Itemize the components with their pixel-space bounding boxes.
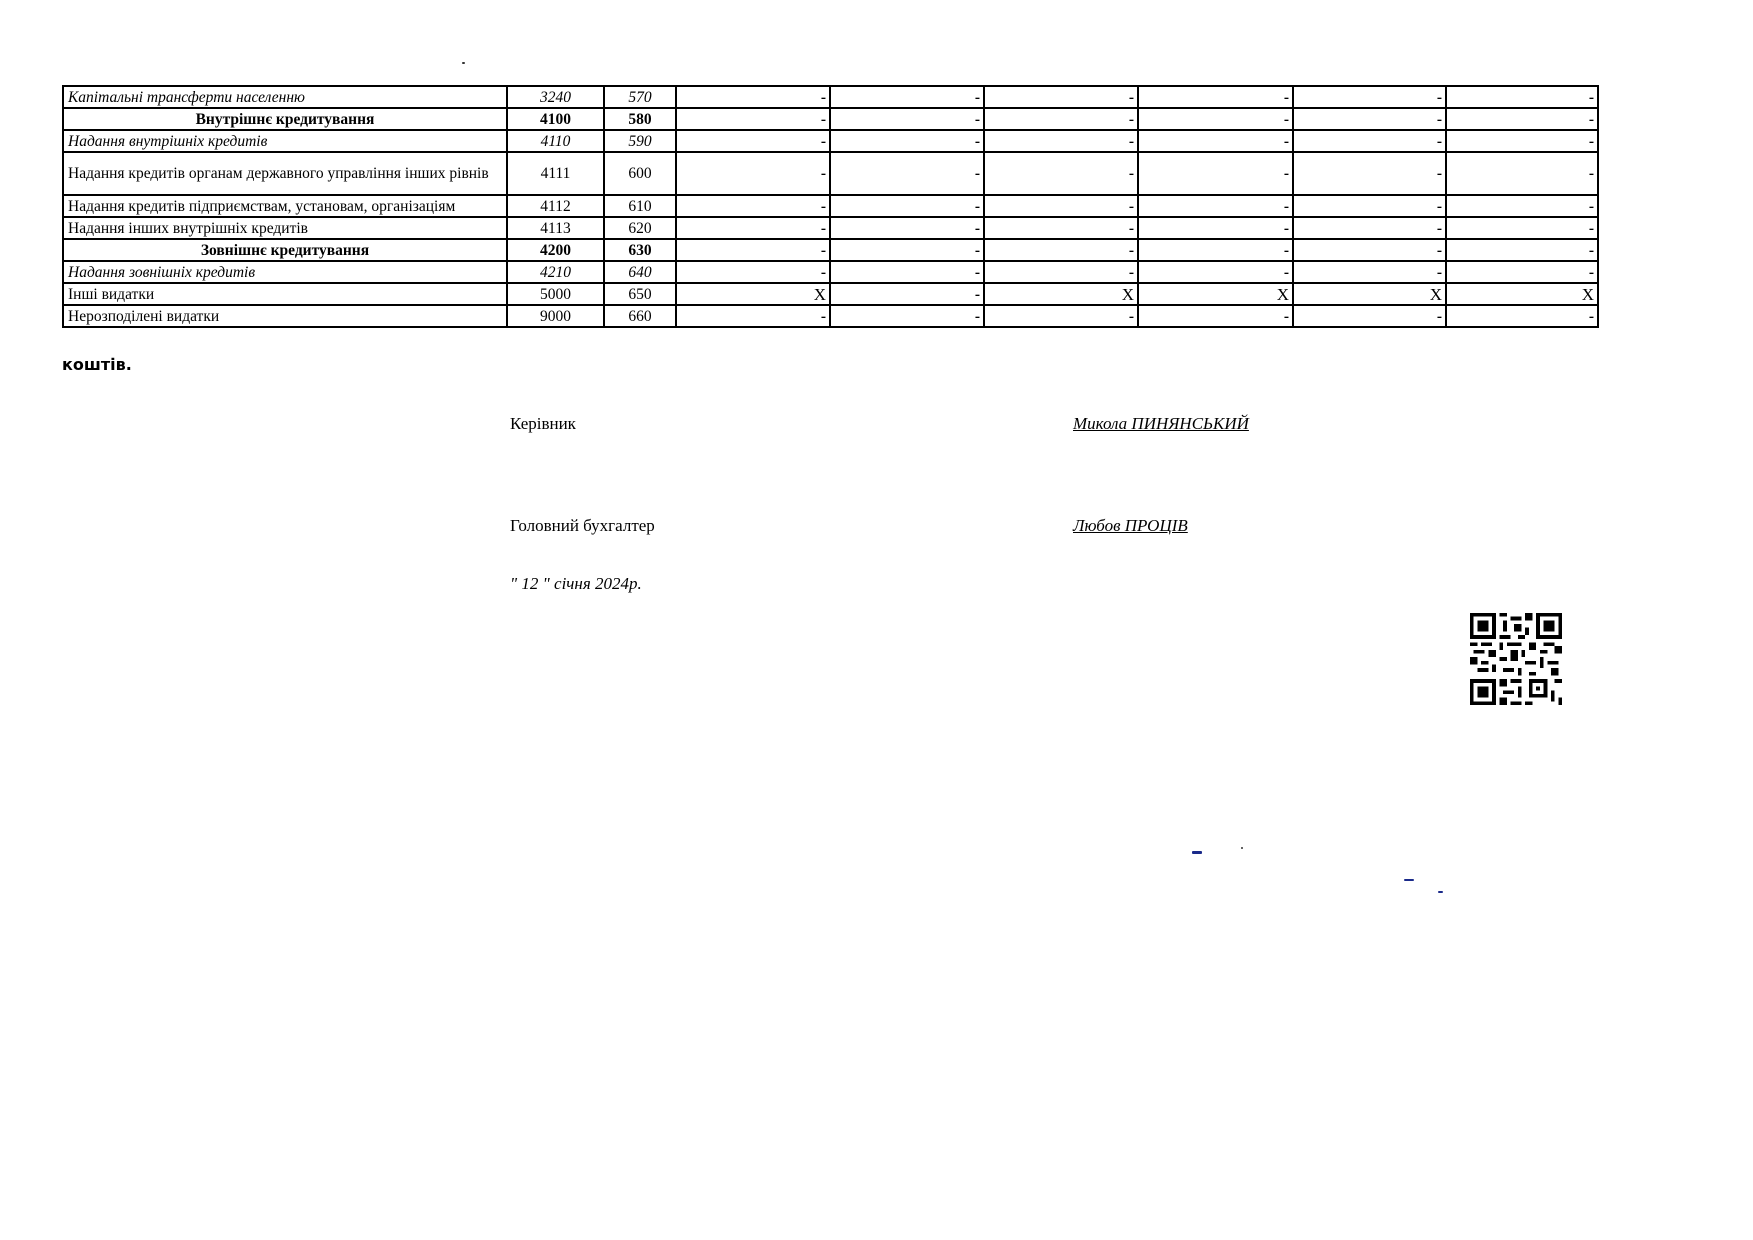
row-value-cell: - [1138,305,1293,327]
accountant-signature-name: Любов ПРОЦІВ [1073,516,1188,536]
row-value-cell: - [984,86,1138,108]
row-code-cell: 4112 [507,195,604,217]
row-value-cell: X [676,283,830,305]
row-name-cell: Зовнішнє кредитування [63,239,507,261]
row-value-cell: - [984,195,1138,217]
row-code-cell: 4210 [507,261,604,283]
row-code-cell: 3240 [507,86,604,108]
row-value-cell: - [830,261,984,283]
accountant-signature-label: Головний бухгалтер [510,516,655,536]
table-row: Капітальні трансферти населенню3240570--… [63,86,1598,108]
row-code-cell: 4113 [507,217,604,239]
row-value-cell: - [1138,86,1293,108]
row-line-cell: 600 [604,152,676,195]
table-row: Надання зовнішніх кредитів4210640------ [63,261,1598,283]
row-name-cell: Надання кредитів органам державного упра… [63,152,507,195]
row-value-cell: - [984,261,1138,283]
row-value-cell: - [1293,239,1446,261]
table-row: Надання кредитів підприємствам, установа… [63,195,1598,217]
row-name-cell: Надання внутрішніх кредитів [63,130,507,152]
row-value-cell: - [1138,217,1293,239]
row-name-cell: Нерозподілені видатки [63,305,507,327]
row-line-cell: 640 [604,261,676,283]
row-value-cell: - [984,239,1138,261]
row-value-cell: - [1446,195,1598,217]
row-value-cell: - [984,108,1138,130]
row-line-cell: 590 [604,130,676,152]
row-value-cell: - [1446,108,1598,130]
row-value-cell: - [984,130,1138,152]
row-value-cell: X [1138,283,1293,305]
table-row: Інші видатки5000650X-XXXX [63,283,1598,305]
row-value-cell: - [1293,261,1446,283]
row-value-cell: - [830,108,984,130]
row-value-cell: - [1293,86,1446,108]
scan-speck [1192,851,1202,854]
row-code-cell: 4110 [507,130,604,152]
row-code-cell: 5000 [507,283,604,305]
row-value-cell: - [1138,261,1293,283]
row-value-cell: - [676,239,830,261]
row-value-cell: - [1138,152,1293,195]
head-signature-label: Керівник [510,414,576,434]
row-value-cell: - [676,195,830,217]
row-line-cell: 580 [604,108,676,130]
row-line-cell: 570 [604,86,676,108]
row-value-cell: - [676,130,830,152]
row-value-cell: - [676,261,830,283]
row-value-cell: - [676,152,830,195]
row-value-cell: - [1138,239,1293,261]
row-value-cell: - [830,305,984,327]
row-value-cell: - [676,86,830,108]
row-code-cell: 4111 [507,152,604,195]
row-value-cell: - [1293,152,1446,195]
row-value-cell: - [830,283,984,305]
row-value-cell: - [676,217,830,239]
row-value-cell: X [1293,283,1446,305]
row-value-cell: - [1138,195,1293,217]
row-name-cell: Надання зовнішніх кредитів [63,261,507,283]
row-line-cell: 630 [604,239,676,261]
row-code-cell: 4200 [507,239,604,261]
row-value-cell: - [830,239,984,261]
row-value-cell: - [830,152,984,195]
row-value-cell: - [984,217,1138,239]
row-code-cell: 4100 [507,108,604,130]
row-value-cell: - [1293,108,1446,130]
row-value-cell: - [830,195,984,217]
table-row: Внутрішнє кредитування4100580------ [63,108,1598,130]
row-value-cell: - [1446,305,1598,327]
scan-speck [1438,891,1443,893]
scan-speck [462,62,465,64]
row-value-cell: - [984,305,1138,327]
row-value-cell: - [676,305,830,327]
row-name-cell: Надання інших внутрішніх кредитів [63,217,507,239]
row-value-cell: - [1446,261,1598,283]
row-value-cell: X [1446,283,1598,305]
row-value-cell: - [676,108,830,130]
row-value-cell: - [1293,130,1446,152]
row-value-cell: - [1293,305,1446,327]
row-name-cell: Внутрішнє кредитування [63,108,507,130]
row-value-cell: - [1138,108,1293,130]
table-row: Надання кредитів органам державного упра… [63,152,1598,195]
row-line-cell: 620 [604,217,676,239]
row-value-cell: - [1446,152,1598,195]
row-value-cell: - [1446,239,1598,261]
row-value-cell: - [1446,130,1598,152]
row-value-cell: - [1446,217,1598,239]
row-name-cell: Капітальні трансферти населенню [63,86,507,108]
row-value-cell: - [830,130,984,152]
scan-speck [1404,879,1414,881]
row-value-cell: - [984,152,1138,195]
table-row: Надання інших внутрішніх кредитів4113620… [63,217,1598,239]
row-line-cell: 660 [604,305,676,327]
scan-speck [1241,847,1243,849]
row-code-cell: 9000 [507,305,604,327]
table-row: Надання внутрішніх кредитів4110590------ [63,130,1598,152]
row-value-cell: - [1138,130,1293,152]
row-name-cell: Інші видатки [63,283,507,305]
footnote-text: коштів. [62,355,132,374]
document-page: Капітальні трансферти населенню3240570--… [0,0,1753,1240]
qr-code-icon [1470,611,1562,707]
row-value-cell: - [1293,195,1446,217]
row-value-cell: - [1293,217,1446,239]
row-value-cell: X [984,283,1138,305]
table-row: Нерозподілені видатки9000660------ [63,305,1598,327]
document-date: " 12 " січня 2024р. [510,574,642,594]
row-line-cell: 610 [604,195,676,217]
expenditure-report-table: Капітальні трансферти населенню3240570--… [62,85,1599,328]
row-value-cell: - [1446,86,1598,108]
row-name-cell: Надання кредитів підприємствам, установа… [63,195,507,217]
row-line-cell: 650 [604,283,676,305]
table-row: Зовнішнє кредитування4200630------ [63,239,1598,261]
row-value-cell: - [830,217,984,239]
head-signature-name: Микола ПИНЯНСЬКИЙ [1073,414,1249,434]
row-value-cell: - [830,86,984,108]
